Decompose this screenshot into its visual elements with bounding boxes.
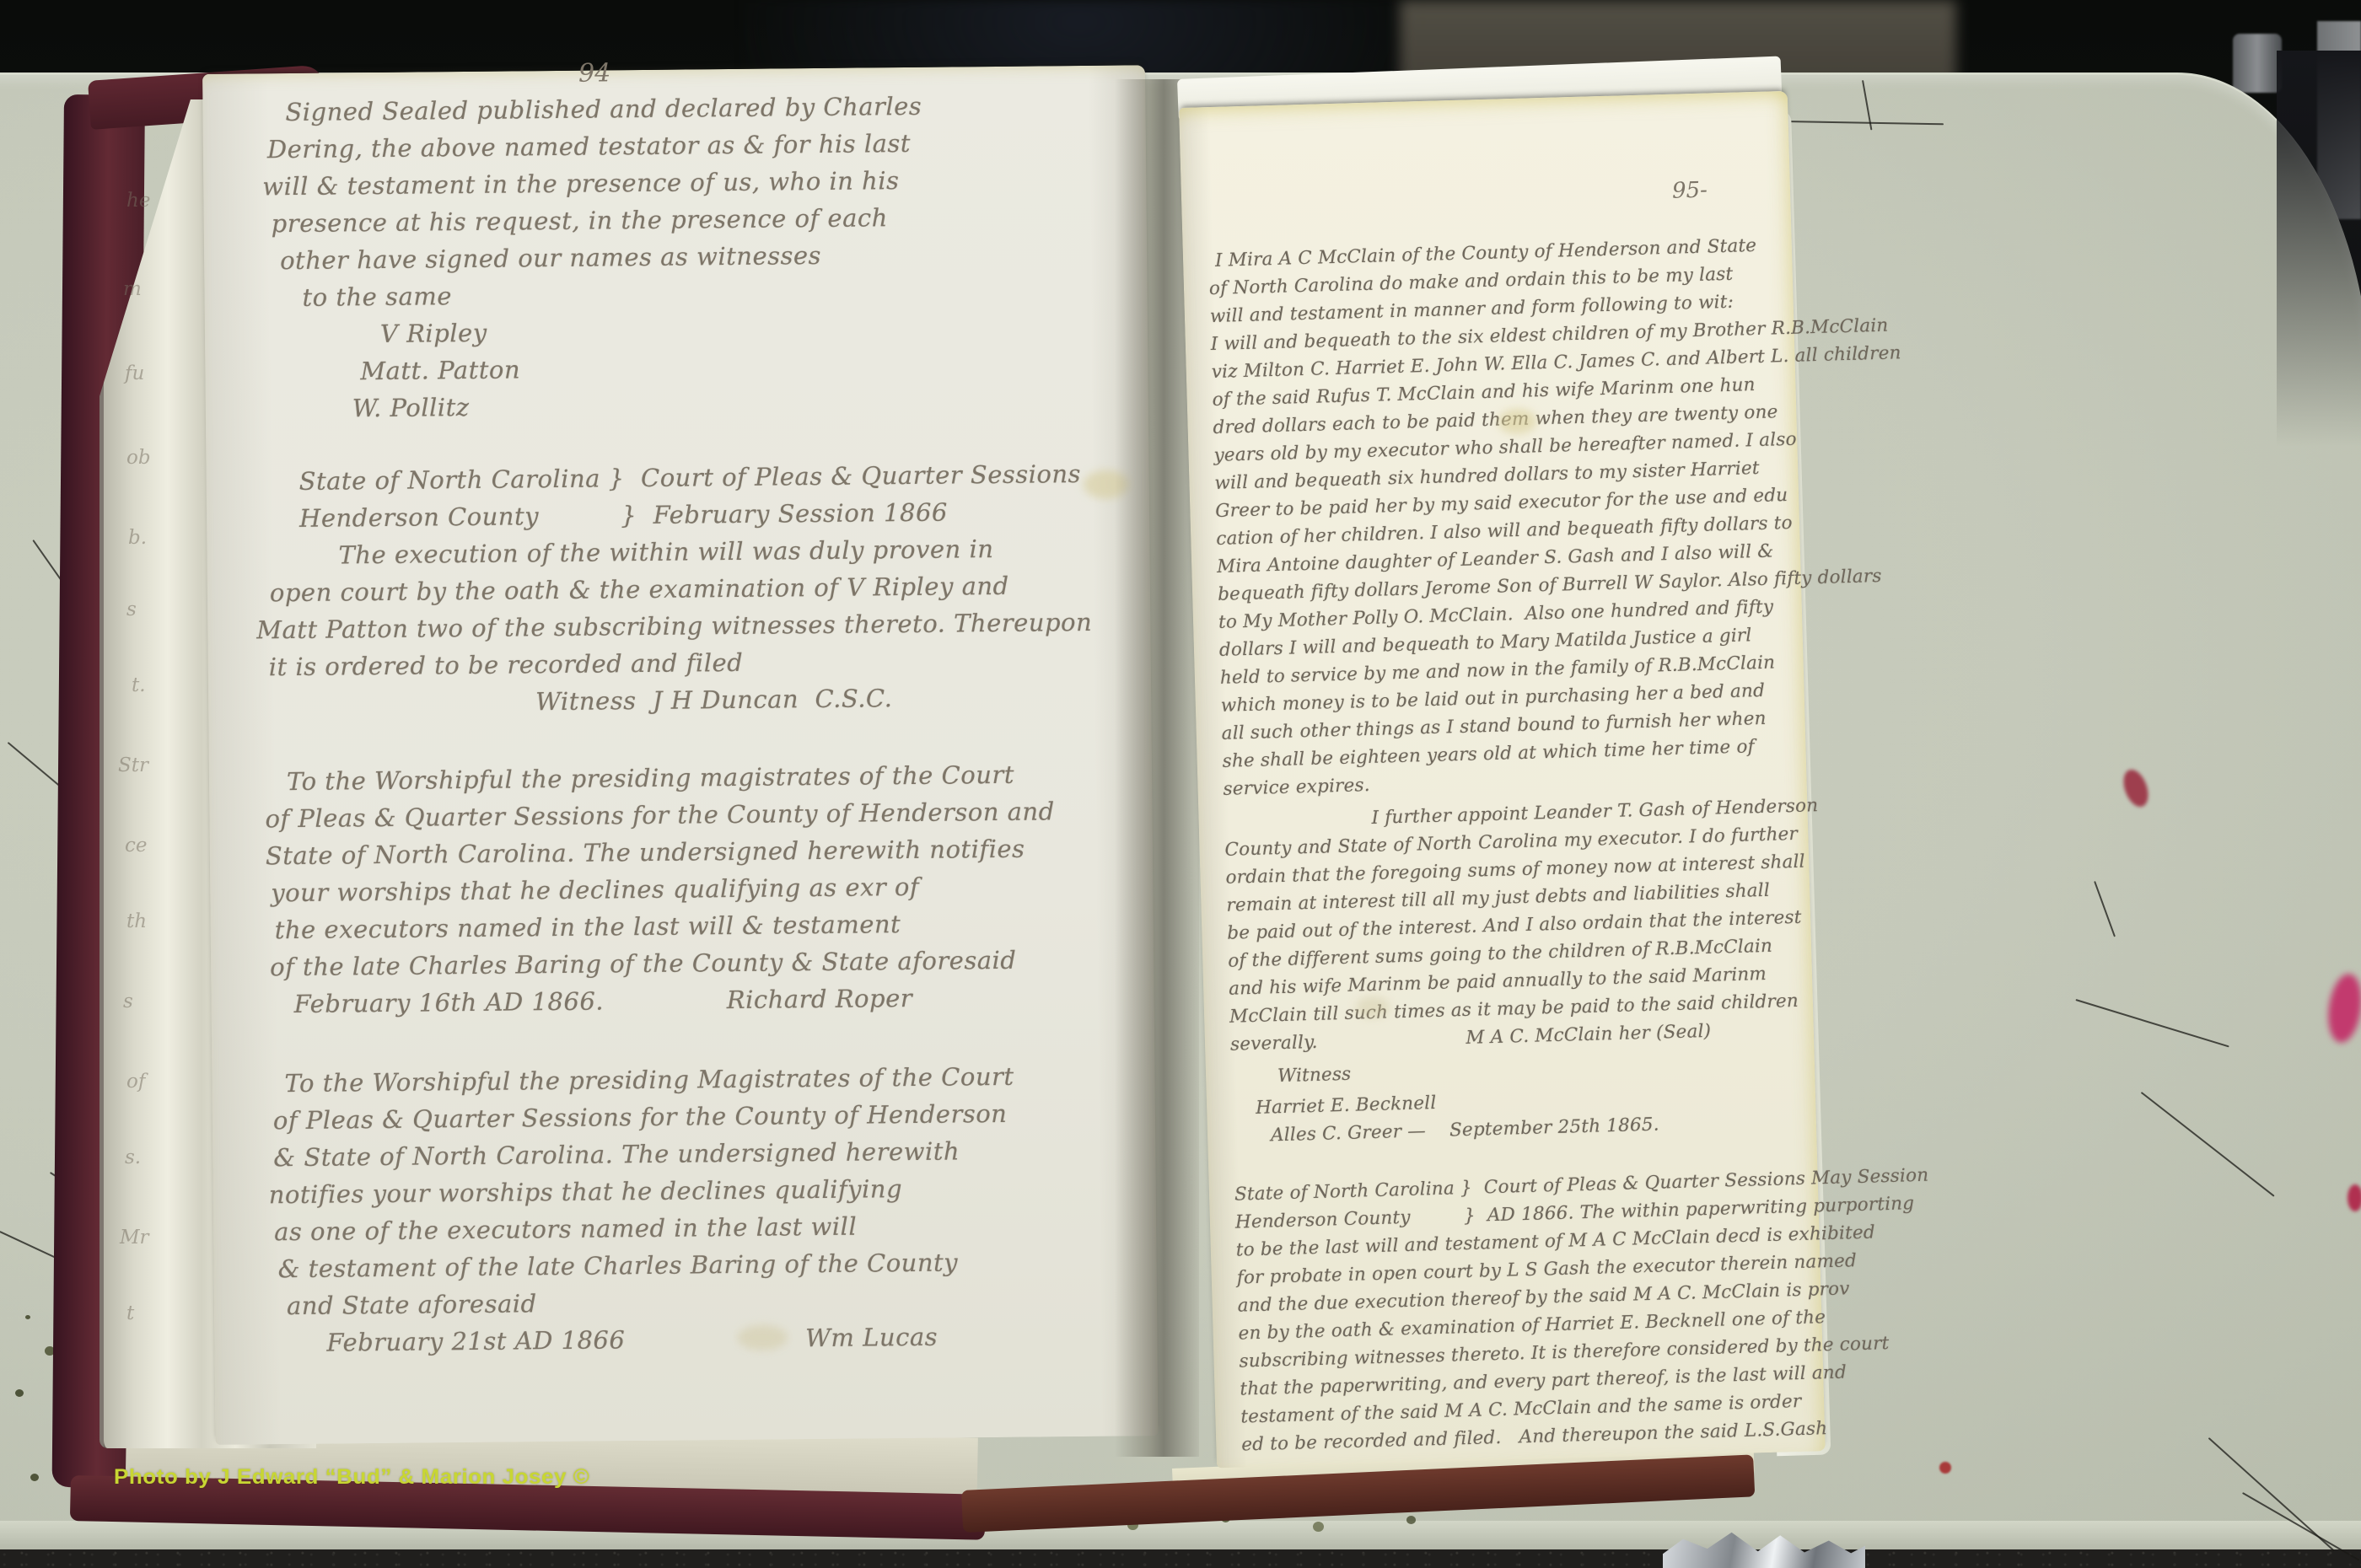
photo-scene: 94 Signed Sealed published and declared … [0, 0, 2361, 1568]
paint-speckles [25, 1315, 30, 1319]
watermark-credit: Photo by J Edward “Bud” & Marion Josey © [114, 1465, 589, 1490]
handwritten-text-left: Signed Sealed published and declared by … [251, 85, 1148, 1361]
background-right-sliver [2277, 51, 2361, 447]
floor-carpet [0, 1549, 2361, 1568]
red-ink-mark [2348, 1184, 2361, 1211]
page-number-left: 94 [578, 58, 611, 88]
red-speck [1939, 1462, 1951, 1474]
book-page-left: 94 Signed Sealed published and declared … [202, 65, 1159, 1445]
book-page-right: 95- I Mira A C McClain of the County of … [1179, 91, 1826, 1469]
page-number-right: 95- [1672, 178, 1708, 204]
chair-leg-pole-icon [2233, 34, 2282, 93]
